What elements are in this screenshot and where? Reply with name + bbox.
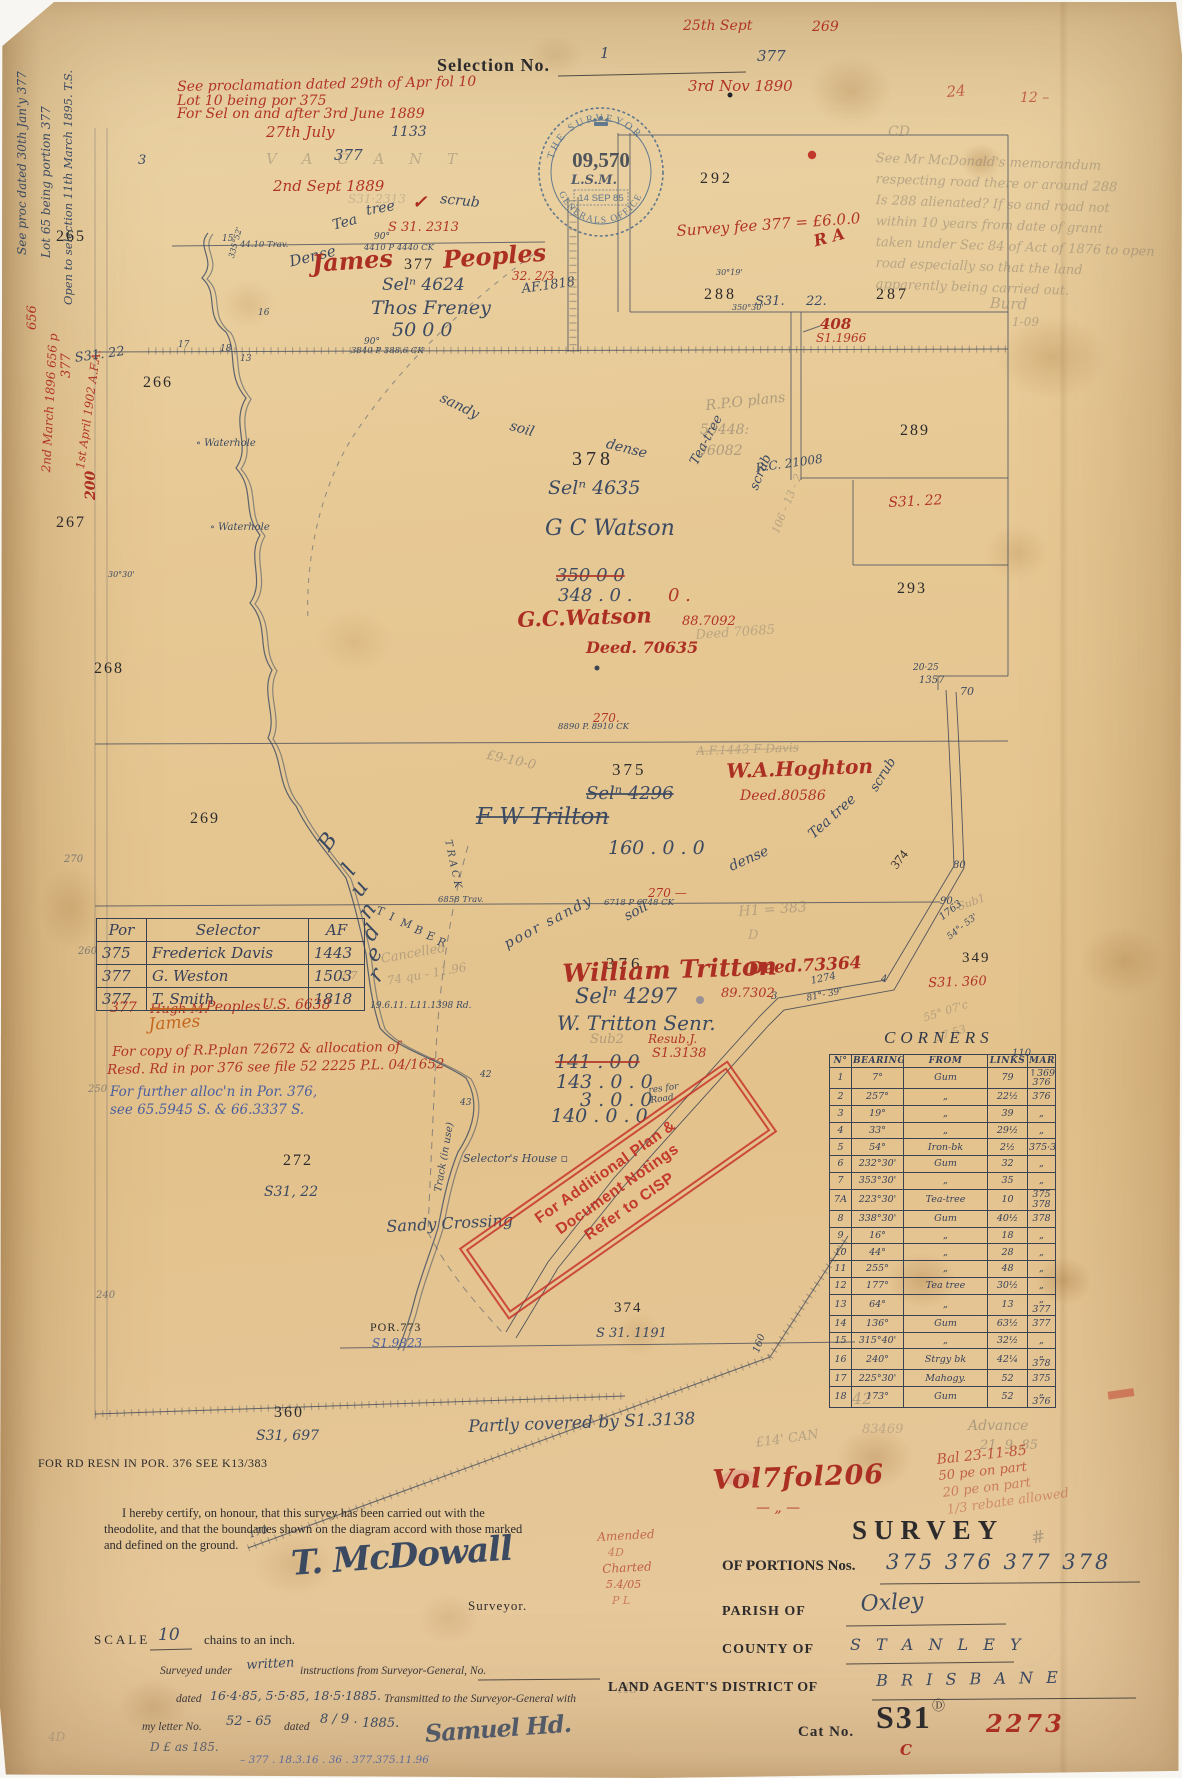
pencil-memo-sig: Burd xyxy=(989,296,1027,313)
district-value: B R I S B A N E xyxy=(876,1670,1062,1690)
table-cell: 32 xyxy=(988,1156,1028,1173)
table-row: 916°„18„ xyxy=(830,1227,1056,1244)
table-cell: 18 xyxy=(830,1387,852,1408)
table-cell: 7A xyxy=(830,1189,852,1210)
pencil-cancelled: Cancelled xyxy=(380,942,447,967)
table-cell: 11 xyxy=(830,1261,852,1278)
table-row: 7353°30'„35„ xyxy=(830,1172,1056,1189)
surveyor-label: Surveyor. xyxy=(468,1599,527,1613)
table-cell: 64° xyxy=(852,1294,904,1315)
table-row: 6232°30'Gum32„ xyxy=(830,1156,1056,1173)
table-row: 377T. Smith1818 xyxy=(97,988,365,1011)
num-293: 293 xyxy=(897,581,927,598)
red-amended: Amended xyxy=(597,1528,655,1544)
footnote1-a: Surveyed under xyxy=(160,1665,232,1677)
selector-table: PorSelectorAF 375Frederick Davis1443377G… xyxy=(96,918,365,1011)
table-cell: „ xyxy=(1028,1156,1056,1173)
table-row: 7A223°30'Tea-tree10375 378 xyxy=(830,1189,1056,1210)
county-value: S T A N L E Y xyxy=(850,1637,1026,1654)
footnote2-a: dated xyxy=(176,1693,202,1705)
pt-4: 4 xyxy=(881,975,887,986)
table-cell: Tea-tree xyxy=(904,1189,988,1210)
pencil-memo-5: taken under Sec 84 of Act of 1876 to ope… xyxy=(876,236,1155,259)
parish-value: Oxley xyxy=(860,1590,924,1616)
selection-no-label: Selection No. xyxy=(437,56,550,75)
owner-peoples: Peoples xyxy=(442,240,547,272)
margin-656: 656 xyxy=(26,305,40,330)
margin-chain-270: 270 xyxy=(64,855,83,866)
table-row: 11255°„48„ xyxy=(830,1261,1056,1278)
table-cell: „ xyxy=(904,1105,988,1122)
table-cell: 18 xyxy=(988,1227,1028,1244)
owner-gc-watson-red: G.C.Watson xyxy=(517,604,652,631)
footnote3-a: my letter No. xyxy=(142,1721,202,1733)
table-cell: 39 xyxy=(988,1105,1028,1122)
pt-17: 17 xyxy=(178,341,189,350)
pencil-h1-383: H1 = 383 xyxy=(738,900,807,919)
meas-8890: 8890 P. 8910 CK xyxy=(558,723,629,732)
table-row: 375Frederick Davis1443 xyxy=(97,942,365,965)
table-row: 433°„29½„ xyxy=(830,1122,1056,1139)
num-287: 287 xyxy=(876,287,909,304)
table-cell: 376 xyxy=(1028,1089,1056,1106)
num-269: 269 xyxy=(190,811,220,828)
owner-william-tritton: William Tritton xyxy=(562,954,777,988)
pencil-rpo-plans: R.P.O plans xyxy=(705,391,786,414)
soil-note-dense-2: dense xyxy=(727,844,771,874)
table-cell: 7 xyxy=(830,1172,852,1189)
table-cell: 10 xyxy=(988,1189,1028,1210)
table-cell: 225°30' xyxy=(852,1370,904,1387)
date-25-sept: 25th Sept xyxy=(683,19,752,34)
table-cell: 173° xyxy=(852,1387,904,1408)
tea-word: Tea xyxy=(331,213,359,234)
cert-line-3: and defined on the ground. xyxy=(104,1539,238,1552)
soil-note-soil: soil xyxy=(508,419,536,440)
pencil-memo-date: 1-09 xyxy=(1012,316,1039,329)
table-cell: 8 xyxy=(830,1210,852,1227)
chainage-70: 70 xyxy=(960,686,974,698)
table-header-row: PorSelectorAF xyxy=(97,919,365,942)
table-cell: „ xyxy=(1028,1122,1056,1139)
owner-fw-trilton-struck: F W Trilton xyxy=(476,805,609,829)
table-row: 18173°Gum52„ 376 xyxy=(830,1387,1056,1408)
scale-value: 10 xyxy=(158,1627,180,1645)
cat-no-number: 2273 xyxy=(986,1711,1065,1736)
table-row: 12177°Tea tree30½„ xyxy=(830,1277,1056,1294)
copy-note-4: see 65.5945 S. & 66.3337 S. xyxy=(110,1103,304,1117)
table-cell: „ xyxy=(1028,1105,1056,1122)
ref-s31-22-right: S31. 22 xyxy=(888,493,943,511)
pencil-9-10-0: £9-10-0 xyxy=(485,749,537,773)
table-cell: 79 xyxy=(988,1068,1028,1089)
resub-j: Resub.J. xyxy=(648,1033,697,1046)
ref-s31-22-272: S31, 22 xyxy=(264,1185,318,1200)
pencil-memo-4: within 10 years from date of grant xyxy=(876,215,1103,237)
seln-4297: Selⁿ 4297 xyxy=(575,985,677,1007)
num-360: 360 xyxy=(274,1405,304,1422)
footnote3-year: 1885. xyxy=(362,1717,399,1731)
copy-note-1: For copy of R.P.plan 72672 & allocation … xyxy=(112,1040,400,1059)
pencil-56082: 56082 xyxy=(698,444,743,459)
num-292: 292 xyxy=(700,171,733,188)
pencil-memo-6: road especially so that the land xyxy=(876,257,1083,278)
table-row: 16240°Strgy bk42¼„ 378 xyxy=(830,1349,1056,1370)
table-cell: Gum xyxy=(904,1068,988,1089)
table-cell: 52 xyxy=(988,1387,1028,1408)
table-header-row: N°BEARINGFROMLINKSMARKS xyxy=(830,1055,1056,1068)
selector-table-body: 375Frederick Davis1443377G. Weston150337… xyxy=(97,942,365,1011)
table-cell: 52 xyxy=(988,1370,1028,1387)
table-cell: „ 376 xyxy=(1028,1387,1056,1408)
cert-line-1: I hereby certify, on honour, that this s… xyxy=(122,1507,485,1520)
owner-wa-hoghton: W.A.Hoghton xyxy=(726,756,873,782)
pencil-106-13-2: 106 - 13 - 2 xyxy=(770,472,804,535)
area-160: 160 . 0 . 0 xyxy=(608,839,705,859)
margin-chain-250: 250 xyxy=(88,1085,107,1096)
scale-label: SCALE xyxy=(94,1633,150,1647)
table-row: 319°„39„ xyxy=(830,1105,1056,1122)
proclamation-note-line3: For Sel on and after 3rd June 1889 xyxy=(177,107,425,122)
table-cell: „ xyxy=(904,1089,988,1106)
cat-no-c: C xyxy=(900,1743,912,1759)
table-cell: 377 xyxy=(1028,1315,1056,1332)
pencil-memo-2: respecting road there or around 288 xyxy=(876,173,1118,195)
meas-3840: 3840 P 388.6 CK xyxy=(351,347,424,356)
blunder-l: l xyxy=(338,860,361,879)
pencil-corner-4d: 4D xyxy=(48,1731,65,1744)
table-cell: 48 xyxy=(988,1261,1028,1278)
table-cell: 22½ xyxy=(988,1089,1028,1106)
ref-s1-3138: S1.3138 xyxy=(652,1047,706,1061)
table-cell: 6 xyxy=(830,1156,852,1173)
deed-70635: Deed. 70635 xyxy=(586,640,698,657)
num-375: 375 xyxy=(612,761,647,779)
num-289: 289 xyxy=(900,423,930,440)
meas-20-25: 20·25 xyxy=(913,664,939,673)
ref-89-7302: 89.7302 xyxy=(721,987,775,1001)
table-row: 17225°30'Mahogy.52375 xyxy=(830,1370,1056,1387)
pt-42: 42 xyxy=(480,1071,491,1080)
table-cell: Gum xyxy=(904,1156,988,1173)
table-cell: 5 xyxy=(830,1139,852,1156)
table-cell: 2½ xyxy=(988,1139,1028,1156)
vacant-note: V A C A N T xyxy=(266,152,467,168)
table-cell: 44° xyxy=(852,1244,904,1261)
table-cell: 14 xyxy=(830,1315,852,1332)
table-cell: 1 xyxy=(830,1068,852,1089)
table-cell: 375 378 xyxy=(1028,1189,1056,1210)
table-cell: 378 xyxy=(1028,1210,1056,1227)
red-4d: 4D xyxy=(608,1547,624,1559)
ref-s31-1191: S 31. 1191 xyxy=(596,1327,667,1341)
pt-43: 43 xyxy=(460,1099,471,1108)
ref-s31-22-mid-b: 22. xyxy=(806,295,827,309)
table-cell: 1503 xyxy=(309,965,365,988)
selectors-house: Selector's House ▫ xyxy=(463,1153,568,1165)
seln-4624: Selⁿ 4624 xyxy=(382,277,465,295)
map-label-layer: Selection No.1See proclamation dated 29t… xyxy=(0,0,1182,1778)
table-cell: 375 xyxy=(97,942,147,965)
footnote1-written: written xyxy=(246,1656,295,1672)
blunder-u: u xyxy=(346,876,373,901)
table-cell: 13 xyxy=(988,1294,1028,1315)
table-cell: „ xyxy=(1028,1277,1056,1294)
chainage-80: 80 xyxy=(953,861,966,872)
table-cell: 136° xyxy=(852,1315,904,1332)
pencil-14-can: £14' CAN xyxy=(755,1428,820,1450)
pencil-memo-1: See Mr McDonald's memorandum xyxy=(876,152,1102,173)
seln-4296-struck: Selⁿ 4296 xyxy=(586,785,674,804)
num-266: 266 xyxy=(143,375,173,392)
table-cell: T. Smith xyxy=(147,988,309,1011)
table-cell: 4 xyxy=(830,1122,852,1139)
copy-note-3: For further alloc'n in Por. 376, xyxy=(110,1085,317,1099)
footnote3-no: 52 - 65 xyxy=(226,1715,272,1729)
county-label: COUNTY OF xyxy=(722,1643,814,1658)
deed-80586: Deed.80586 xyxy=(740,789,826,804)
num-3: 3 xyxy=(138,154,146,168)
table-cell: 232°30' xyxy=(852,1156,904,1173)
table-cell: 42¼ xyxy=(988,1349,1028,1370)
district-label: LAND AGENT'S DISTRICT OF xyxy=(608,1681,818,1696)
pencil-advance: Advance xyxy=(968,1419,1028,1434)
date-3-nov: 3rd Nov 1890 xyxy=(688,79,793,95)
ref-s31-360: S31. 360 xyxy=(928,975,987,991)
pencil-deed-70685: Deed 70685 xyxy=(695,623,775,642)
table-cell: „ xyxy=(904,1172,988,1189)
chainage-160: 160 xyxy=(752,1333,768,1355)
table-cell: „ 377 xyxy=(1028,1294,1056,1315)
timber-m: M xyxy=(399,917,413,931)
date-27-july: 27th July xyxy=(266,125,335,141)
cat-no-sup: Ⓓ xyxy=(932,1699,945,1713)
table-cell: 377 xyxy=(97,988,147,1011)
area-140: 140 . 0 . 0 xyxy=(551,1107,648,1127)
num-377-top: 377 xyxy=(334,148,363,164)
table-cell: 16 xyxy=(830,1349,852,1370)
deed-73364: Deed.73364 xyxy=(748,955,862,979)
bearing-30-30: 30°30' xyxy=(108,571,135,579)
footnote2-dates: 16·4·85, 5·5·85, 18·5·1885. xyxy=(210,1689,381,1702)
footnote1-b: instructions from Surveyor-General, No. xyxy=(300,1665,486,1677)
pt-16: 16 xyxy=(258,309,269,318)
footnote2-b: Transmitted to the Surveyor-General with xyxy=(384,1693,576,1705)
pencil-hash: # xyxy=(1030,1529,1047,1549)
owner-w-tritton-sen: W. Tritton Senr. xyxy=(557,1013,716,1034)
num-288: 288 xyxy=(704,287,737,304)
table-cell: 377 xyxy=(97,965,147,988)
table-cell: 15 xyxy=(830,1332,852,1349)
pencil-74qu: 74 qu - 11.96 xyxy=(386,961,467,987)
pencil-55-07: 55° 07'c xyxy=(922,999,969,1024)
table-cell: 315°40' xyxy=(852,1332,904,1349)
table-cell: 3 xyxy=(830,1105,852,1122)
table-row: 15315°40'„32½„ xyxy=(830,1332,1056,1349)
table-row: 554°Iron-bk2½375·376 xyxy=(830,1139,1056,1156)
table-cell: 255° xyxy=(852,1261,904,1278)
ref-s31-697: S31, 697 xyxy=(256,1429,319,1444)
table-row: 377G. Weston1503 xyxy=(97,965,365,988)
table-cell: 257° xyxy=(852,1089,904,1106)
red-charted: Charted xyxy=(602,1560,652,1575)
pt-13: 13 xyxy=(240,355,251,364)
column-header: MARKS xyxy=(1028,1055,1056,1068)
table-cell: „ xyxy=(1028,1172,1056,1189)
table-cell: 375·376 xyxy=(1028,1139,1056,1156)
timber-e: E xyxy=(425,930,436,943)
table-cell: „ xyxy=(904,1227,988,1244)
table-cell: 30½ xyxy=(988,1277,1028,1294)
blunder-b: B xyxy=(314,829,342,855)
table-cell: 10 xyxy=(830,1244,852,1261)
table-row: 8338°30'Gum40½378 xyxy=(830,1210,1056,1227)
column-header: LINKS xyxy=(988,1055,1028,1068)
area-348-red0: 0 . xyxy=(668,587,691,606)
partly-covered-note: Partly covered by S1.3138 xyxy=(468,1411,696,1437)
num-378: 378 xyxy=(572,449,614,470)
num-272: 272 xyxy=(283,1153,313,1170)
table-cell: 63½ xyxy=(988,1315,1028,1332)
margin-chain-260: 260 xyxy=(78,947,97,958)
track-label: T R A C K xyxy=(442,839,463,889)
por-773: POR.773 xyxy=(370,1321,421,1334)
vol-fol-underline: — „ — xyxy=(756,1501,800,1516)
table-cell: 375 xyxy=(1028,1370,1056,1387)
ref-s1-1966: S1.1966 xyxy=(816,332,866,345)
table-cell: „ 378 xyxy=(1028,1349,1056,1370)
num-377-parcel: 377 xyxy=(404,257,434,274)
num-268: 268 xyxy=(94,661,124,678)
scale-units: chains to an inch. xyxy=(204,1633,295,1647)
num-374-rot: 374 xyxy=(888,848,911,872)
column-header: Por xyxy=(97,919,147,942)
table-cell: 19° xyxy=(852,1105,904,1122)
table-row: 17°Gum79↑369 376 xyxy=(830,1068,1056,1089)
owner-gc-watson: G C Watson xyxy=(545,517,675,540)
waterhole-2: ∘ Waterhole xyxy=(210,523,270,534)
bearing-30-19: 30°19' xyxy=(716,269,743,277)
corners-table-body: 17°Gum79↑369 3762257°„22½376319°„39„433°… xyxy=(830,1068,1056,1408)
margin-1april: 1st April 1902 A.F.A. xyxy=(74,349,103,470)
table-row: 2257°„22½376 xyxy=(830,1089,1056,1106)
table-cell: Iron-bk xyxy=(904,1139,988,1156)
table-cell: „ xyxy=(904,1332,988,1349)
num-265: 265 xyxy=(56,229,86,246)
pencil-d: D xyxy=(748,929,758,943)
trav-4410: 44.10 Trav. xyxy=(240,241,288,250)
table-cell: 2 xyxy=(830,1089,852,1106)
num-267: 267 xyxy=(56,515,86,532)
column-header: AF xyxy=(309,919,365,942)
footnote5: – 377 . 18.3.16 . 36 . 377.375.11.96 xyxy=(240,1755,429,1766)
corners-table: N°BEARINGFROMLINKSMARKS 17°Gum79↑369 376… xyxy=(829,1054,1056,1408)
portions-label: OF PORTIONS Nos. xyxy=(722,1559,856,1575)
vol-fol-ref: Vol7fol206 xyxy=(712,1461,885,1495)
table-row: 1044°„28„ xyxy=(830,1244,1056,1261)
table-cell: 13 xyxy=(830,1294,852,1315)
ref-s31-2313: S 31. 2313 xyxy=(388,221,459,235)
table-cell: G. Weston xyxy=(147,965,309,988)
pt-18: 18 xyxy=(220,345,231,354)
table-cell: 223°30' xyxy=(852,1189,904,1210)
surveyor-signature: T. McDowall xyxy=(290,1532,513,1583)
table-cell: 29½ xyxy=(988,1122,1028,1139)
footnote4: D £ as 185. xyxy=(150,1741,219,1754)
num-374: 374 xyxy=(614,1301,643,1317)
table-cell: „ xyxy=(1028,1244,1056,1261)
tree-word: tree xyxy=(365,199,396,218)
table-cell: „ xyxy=(904,1244,988,1261)
table-cell: „ xyxy=(904,1294,988,1315)
table-cell: 40½ xyxy=(988,1210,1028,1227)
table-cell: 338°30' xyxy=(852,1210,904,1227)
red-24: 24 xyxy=(946,83,966,100)
area-50-0-0: 50 0 0 xyxy=(392,321,452,341)
pencil-55448: 55448: xyxy=(700,423,749,438)
table-cell: 12 xyxy=(830,1277,852,1294)
soil-note-poor-sandy: poor sandy xyxy=(502,893,596,952)
pencil-sub2: Sub2 xyxy=(590,1033,624,1047)
table-cell: 35 xyxy=(988,1172,1028,1189)
table-cell: Gum xyxy=(904,1387,988,1408)
margin-2march: 2nd March 1896 656 p xyxy=(40,333,60,473)
table-cell: 9 xyxy=(830,1227,852,1244)
table-row: 1364°„13„ 377 xyxy=(830,1294,1056,1315)
red-charted-date: 5.4/05 xyxy=(606,1579,641,1591)
selector-table-head: PorSelectorAF xyxy=(97,919,365,942)
pencil-af1443-fdavis: A.F.1443 F Davis xyxy=(696,741,799,757)
margin-note-jan: See proc dated 30th Jan'y 377 xyxy=(16,71,29,255)
proclamation-note-line1: See proclamation dated 29th of Apr fol 1… xyxy=(177,75,476,95)
timber-b: B xyxy=(413,924,424,937)
survey-title: SURVEY xyxy=(852,1516,1004,1544)
selection-no-value: 1 xyxy=(600,46,610,62)
waterhole-1: ∘ Waterhole xyxy=(196,439,256,450)
timber-t: T xyxy=(375,905,385,918)
note-19-6-11: 19.6.11. L11.1398 Rd. xyxy=(370,1002,472,1011)
footnote3-date: 8 / 9 . xyxy=(320,1713,357,1727)
meas-4410: 4410 P 4440 CK xyxy=(364,244,434,253)
table-cell: 177° xyxy=(852,1277,904,1294)
value-1133: 1133 xyxy=(391,125,427,140)
column-header: BEARING xyxy=(852,1055,904,1068)
table-cell: „ xyxy=(1028,1227,1056,1244)
rd-resn-note: FOR RD RESN IN POR. 376 SEE K13/383 xyxy=(38,1457,268,1470)
copy-note-2: Resd. Rd in por 376 see file 52 2225 P.L… xyxy=(107,1057,445,1077)
margin-note-lot65: Lot 65 being portion 377 xyxy=(40,106,53,258)
table-cell: 1818 xyxy=(309,988,365,1011)
margin-200: 200 xyxy=(84,471,99,500)
footnote3-b: dated xyxy=(284,1721,310,1733)
table-cell: Strgy bk xyxy=(904,1349,988,1370)
pt-15: 15 xyxy=(222,235,233,244)
table-cell: 7° xyxy=(852,1068,904,1089)
owner-thos-freney: Thos Freney xyxy=(371,299,491,319)
table-cell: 17 xyxy=(830,1370,852,1387)
pencil-cd: CD xyxy=(888,125,910,140)
margin-chain-240: 240 xyxy=(96,1291,115,1302)
table-cell: Tea tree xyxy=(904,1277,988,1294)
meas-1357: 1357 xyxy=(919,676,944,687)
cat-no-value: S31 xyxy=(876,1701,932,1735)
pencil-83469: 83469 xyxy=(862,1423,903,1437)
signature-2: Samuel Hd. xyxy=(424,1711,572,1746)
table-cell: ↑369 376 xyxy=(1028,1068,1056,1089)
seln-4635: Selⁿ 4635 xyxy=(548,479,640,499)
track-in-use: Track (in use) xyxy=(434,1122,457,1193)
area-141-struck: 141 . 0 0 xyxy=(555,1053,640,1073)
